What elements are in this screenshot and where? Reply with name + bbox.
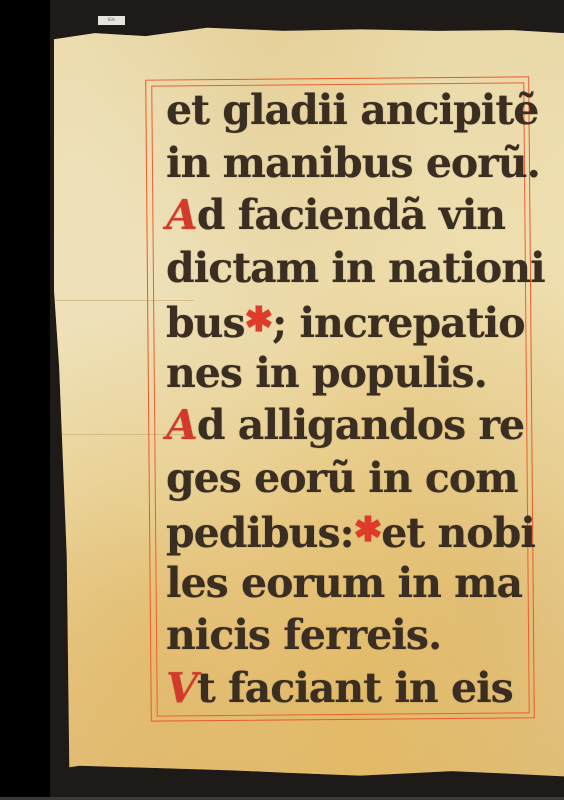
line-text-continued: ; increpatio	[272, 299, 525, 347]
line-text: d faciendã vin	[197, 191, 505, 239]
rubric-initial: V	[166, 664, 197, 712]
text-line-9: pedibus:✱et nobi	[166, 504, 536, 557]
line-text-continued: et nobi	[381, 509, 535, 557]
text-block: et gladii ancipitẽ in manibus eorũ. Ad f…	[166, 84, 536, 714]
red-asterisk-icon: ✱	[354, 510, 382, 550]
text-line-5: bus✱; increpatio	[166, 294, 536, 347]
text-line-12: Vt faciant in eis	[166, 662, 536, 715]
text-line-8: ges eorũ in com	[166, 452, 536, 505]
rubric-initial: A	[166, 401, 197, 449]
line-text: nicis ferreis.	[166, 611, 441, 659]
line-text: d alligandos re	[197, 401, 524, 449]
text-line-1: et gladii ancipitẽ	[166, 84, 536, 137]
line-text: dictam in nationi	[166, 244, 545, 292]
line-text: nes in populis.	[166, 349, 487, 397]
line-text: in manibus eorũ.	[166, 139, 540, 187]
text-line-6: nes in populis.	[166, 347, 536, 400]
line-text: ges eorũ in com	[166, 454, 518, 502]
manuscript-image: 63v et gladii ancipitẽ in manibus eorũ. …	[0, 0, 564, 800]
line-text: et gladii ancipitẽ	[166, 86, 538, 134]
line-text: bus	[166, 299, 245, 347]
text-line-2: in manibus eorũ.	[166, 137, 536, 190]
line-text: pedibus:	[166, 509, 354, 557]
rubric-initial: A	[166, 191, 197, 239]
text-line-3: Ad faciendã vin	[166, 189, 536, 242]
folio-number-label: 63v	[98, 16, 125, 25]
text-line-11: nicis ferreis.	[166, 609, 536, 662]
line-text: t faciant in eis	[197, 664, 513, 712]
red-asterisk-icon: ✱	[245, 300, 273, 340]
text-line-7: Ad alligandos re	[166, 399, 536, 452]
text-line-10: les eorum in ma	[166, 557, 536, 610]
text-line-4: dictam in nationi	[166, 242, 536, 295]
line-text: les eorum in ma	[166, 559, 522, 607]
